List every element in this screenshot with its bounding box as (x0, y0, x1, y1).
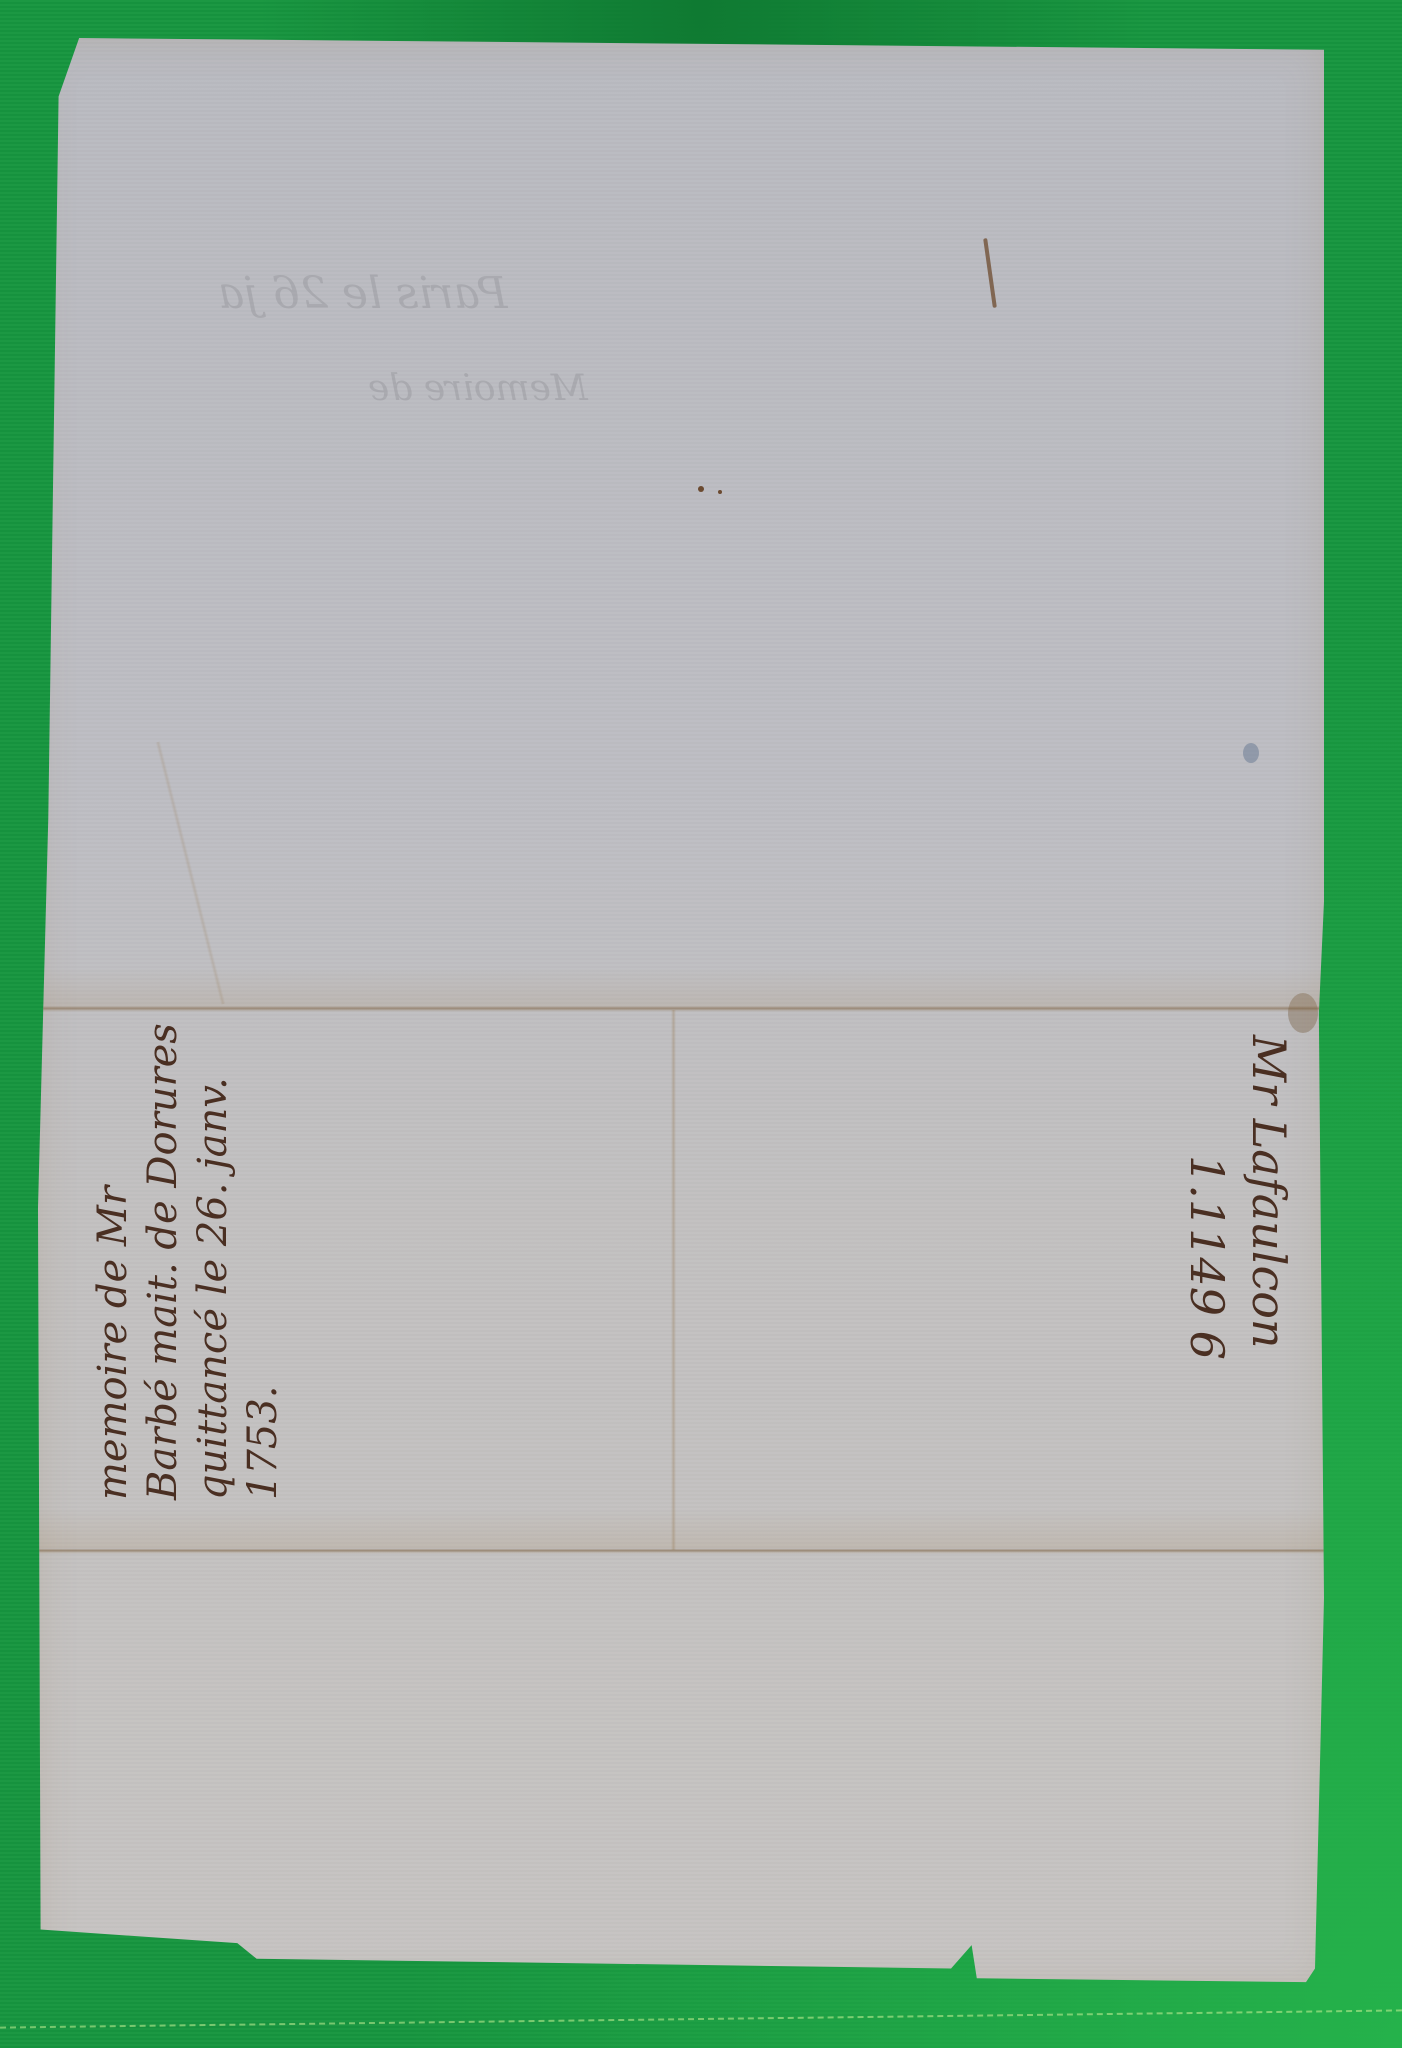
ink-spot (698, 486, 704, 492)
horizontal-fold-lower (38, 1548, 1324, 1554)
vertical-fold (671, 1010, 676, 1550)
annotation-line: Barbé mait. de Dorures (138, 1023, 188, 1500)
horizontal-fold-upper (38, 1006, 1324, 1012)
fabric-stitch-line (0, 2009, 1402, 2030)
docket-annotation-right: Mr Lafaulcon 1.1149 6 (1176, 1035, 1300, 1360)
ink-spot (718, 490, 722, 494)
manuscript-page: Paris le 26 ja Memoire de (38, 38, 1324, 1988)
annotation-line: quittancé le 26. janv. (188, 1023, 238, 1500)
blue-stain (1243, 743, 1259, 763)
docket-annotation-left: memoire de Mr Barbé mait. de Dorures qui… (88, 1023, 288, 1500)
annotation-line: memoire de Mr (88, 1023, 138, 1500)
bleed-through-text: Paris le 26 ja (218, 268, 507, 319)
annotation-line: 1753. (238, 1023, 288, 1500)
ink-mark (983, 238, 997, 308)
annotation-line: Mr Lafaulcon (1238, 1035, 1300, 1360)
annotation-line: 1.1149 6 (1176, 1035, 1238, 1360)
fold-shade (38, 1508, 1324, 1548)
bleed-through-text: Memoire de (368, 368, 588, 409)
fold-shade (38, 968, 1324, 1008)
vertical-fold-crease (155, 741, 225, 1004)
